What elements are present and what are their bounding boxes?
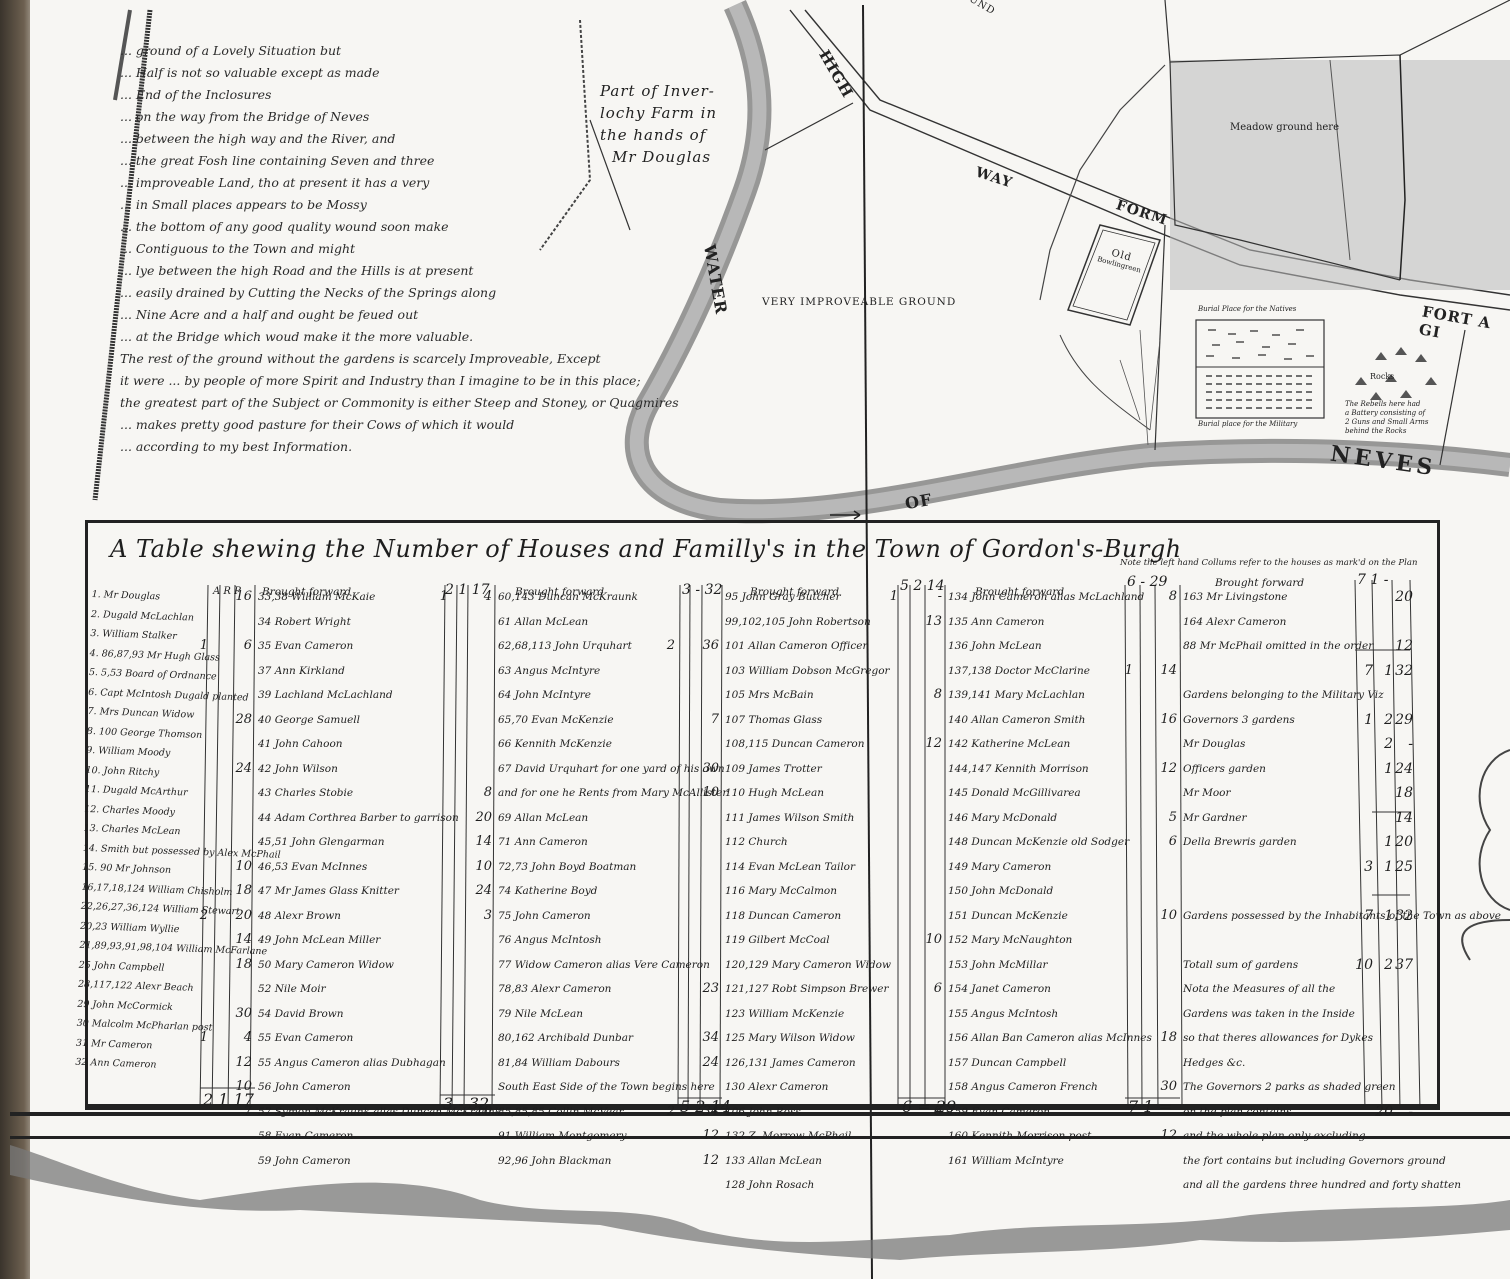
entry-name: 61 Allan McLean (498, 616, 588, 628)
table-row: 153 John McMillar (948, 953, 1123, 978)
entry-name: Gardens belonging to the Military Viz (1183, 689, 1384, 701)
table-row: 1847 Mr James Glass Knitter (258, 879, 443, 904)
entry-name: 135 Ann Cameron (948, 616, 1044, 628)
entry-name: 130 Alexr Cameron (725, 1081, 828, 1093)
table-row: 161 William McIntyre (948, 1149, 1123, 1174)
note-line: The rest of the ground without the garde… (120, 348, 640, 370)
measure-cell: 30 (210, 1002, 252, 1027)
note-line: ... the great Fosh line containing Seven… (120, 150, 640, 172)
measure-cell: 20 (450, 806, 492, 831)
measure-cell: 20 (1395, 830, 1413, 855)
table-row: 80,162 Archibald Dunbar (498, 1026, 678, 1051)
entry-name: 164 Alexr Cameron (1183, 616, 1286, 628)
table-row: Totall sum of gardens10237 (1183, 953, 1413, 978)
table-row: 78,83 Alexr Cameron (498, 977, 678, 1002)
table-row: 2840 George Samuell (258, 708, 443, 733)
entry-name: 74 Katherine Boyd (498, 885, 597, 897)
total-4: 5 2 14 (680, 1097, 731, 1116)
table-row: 34125 Mary Wilson Widow (725, 1026, 895, 1051)
entry-name: 158 Angus Cameron French (948, 1081, 1098, 1093)
entry-name: 109 James Trotter (725, 763, 822, 775)
measure-cell: 2 (1375, 732, 1393, 757)
brought-forward-2: Brought forward (262, 586, 351, 598)
entry-name: 110 Hugh McLean (725, 787, 824, 799)
measure-cell: 30 (1135, 1075, 1177, 1100)
inverlochy-farm-label: Part of Inver- lochy Farm in the hands o… (600, 80, 717, 168)
entry-name: 151 Duncan McKenzie (948, 910, 1068, 922)
note-line: ... ground of a Lovely Situation but (120, 40, 640, 62)
brought-forward-5: Brought forward (975, 586, 1064, 598)
table-row: 12Officers garden124 (1183, 757, 1413, 782)
entry-name: 71 Ann Cameron (498, 836, 588, 848)
measure-cell: 12 (1135, 757, 1177, 782)
measure-cell: 1 (1375, 659, 1393, 684)
measure-cell: 14 (1395, 806, 1413, 831)
table-row: 757 Symon McKraunk alias Duncan McKraunk (258, 1100, 443, 1125)
entry-name: 157 Duncan Campbell (948, 1057, 1066, 1069)
measure-cell: 6 (900, 977, 942, 1002)
rocks-label: Rocks (1370, 372, 1394, 381)
entry-name: on the plan contains (1183, 1106, 1291, 1118)
entry-name: 3. William Stalker (90, 628, 177, 642)
measure-cell: 1 (886, 585, 898, 610)
measure-cell: 12 (677, 1149, 719, 1174)
entry-name: 15. 90 Mr Johnson (82, 862, 171, 876)
measure-cell: 1 (196, 1026, 208, 1051)
entry-name: 31 Mr Cameron (76, 1037, 153, 1051)
table-row: 12142 Katherine McLean (948, 732, 1123, 757)
table-row: 58 Evan Cameron (258, 1124, 443, 1149)
note-line: ... between the high way and the River, … (120, 128, 640, 150)
table-row: 6154 Janet Cameron (948, 977, 1123, 1002)
burial-military-label: Burial place for the Military (1198, 420, 1297, 428)
table-row: 52 Nile Moir (258, 977, 443, 1002)
table-row: 77 Widow Cameron alias Vere Cameron (498, 953, 678, 978)
burial-natives-label: Burial Place for the Natives (1198, 305, 1296, 313)
table-row: 375 John Cameron (498, 904, 678, 929)
entry-name: 118 Duncan Cameron (725, 910, 841, 922)
table-row: Hedges &c. (1183, 1051, 1413, 1076)
entry-name: 154 Janet Cameron (948, 983, 1051, 995)
measure-cell: 16 (210, 585, 252, 610)
carry-4: 5 2 14 (900, 578, 945, 594)
entry-name: 146 Mary McDonald (948, 812, 1057, 824)
brought-forward-6: Brought forward (1215, 577, 1304, 589)
table-row: 145 Donald McGillivarea (948, 781, 1123, 806)
measure-cell: 12 (677, 1124, 719, 1149)
note-line: ... at the Bridge which woud make it the… (120, 326, 640, 348)
table-row: 5Mr Gardner14 (1183, 806, 1413, 831)
entry-name: 55 Evan Cameron (258, 1032, 353, 1044)
table-row: 44 Adam Corthrea Barber to garrison (258, 806, 443, 831)
entry-name: 20,23 William Wyllie (80, 920, 180, 934)
measure-cell: 5 (1135, 806, 1177, 831)
measure-cell: 18 (1135, 1026, 1177, 1051)
entry-name: 46,53 Evan McInnes (258, 861, 367, 873)
table-row: 16Governors 3 gardens1229 (1183, 708, 1413, 733)
table-row: 2069 Allan McLean (498, 806, 678, 831)
entry-name: 112 Church (725, 836, 788, 848)
entry-name: Mr Moor (1183, 787, 1231, 799)
entry-name: 11. Dugald McArthur (85, 784, 188, 799)
carry-3: 3 - 32 (682, 582, 722, 598)
table-row: 10110 Hugh McLean (725, 781, 895, 806)
measure-cell: 6 (1135, 830, 1177, 855)
entry-name: 48 Alexr Brown (258, 910, 341, 922)
measure-cell: 29 (1395, 708, 1413, 733)
measure-cell: 7 (677, 708, 719, 733)
entry-name: 145 Donald McGillivarea (948, 787, 1081, 799)
rebels-battery-note: The Rebells here had a Battery consistin… (1345, 400, 1428, 436)
table-row: 158 Angus Cameron French (948, 1075, 1123, 1100)
table-row: 1085,85,85 Collin McVear (498, 1100, 678, 1125)
measure-cell: 13 (900, 610, 942, 635)
entry-name: 8. 100 George Thomson (87, 725, 203, 740)
meadow-label: Meadow ground here (1230, 122, 1339, 133)
carry-6: 7 1 - (1357, 572, 1388, 588)
entry-name: the fort contains but including Governor… (1183, 1155, 1446, 1167)
entry-name: 44 Adam Corthrea Barber to garrison (258, 812, 459, 824)
entry-name: 63 Angus McIntyre (498, 665, 600, 677)
measure-cell: 16 (1135, 708, 1177, 733)
table-row: 62,68,113 John Urquhart (498, 634, 678, 659)
table-row: 6159 Evan Cameron (948, 1100, 1123, 1125)
entry-name: 69 Allan McLean (498, 812, 588, 824)
note-line: ... Half is not so valuable except as ma… (120, 62, 640, 84)
table-row: 45,51 John Glengarman (258, 830, 443, 855)
table-row: 149 Mary Cameron (948, 855, 1123, 880)
measure-cell: 10 (900, 928, 942, 953)
table-row: 164 Alexr Cameron (1183, 610, 1413, 635)
entry-name: 30 Malcolm McPharlan post (77, 1018, 213, 1034)
table-row: 63 Angus McIntyre (498, 659, 678, 684)
measure-cell: 24 (677, 1051, 719, 1076)
entry-name: 153 John McMillar (948, 959, 1048, 971)
entry-name: Della Brewris garden (1183, 836, 1297, 848)
measure-cell: 3 (1355, 855, 1373, 880)
table-row: 8139,141 Mary McLachlan (948, 683, 1123, 708)
table-row: 65,70 Evan McKenzie (498, 708, 678, 733)
entry-name: 79 Nile McLean (498, 1008, 583, 1020)
entry-name: 114 Evan McLean Tailor (725, 861, 855, 873)
measure-cell: 7 (1355, 659, 1373, 684)
table-row: 2442 John Wilson (258, 757, 443, 782)
entry-name: 120,129 Mary Cameron Widow (725, 959, 891, 971)
entry-name: 137,138 Doctor McClarine (948, 665, 1090, 677)
entry-name: Hedges &c. (1183, 1057, 1245, 1069)
entry-name: 25 John Campbell (79, 959, 165, 973)
measure-cell: 10 (1355, 953, 1373, 978)
table-row: the fort contains but including Governor… (1183, 1149, 1413, 1174)
table-row: 12133 Allan McLean (725, 1149, 895, 1174)
table-row: 118 Duncan Cameron (725, 904, 895, 929)
table-row (1183, 928, 1413, 953)
table-column-4: 95 John Gray Butcher99,102,105 John Robe… (725, 585, 895, 1198)
measure-cell: 24 (1395, 757, 1413, 782)
table-row: and all the gardens three hundred and fo… (1183, 1173, 1413, 1198)
entry-name: 47 Mr James Glass Knitter (258, 885, 399, 897)
total-3: 3 - 32 (443, 1094, 489, 1113)
entry-name: 142 Katherine McLean (948, 738, 1070, 750)
table-row: 157 Duncan Campbell (948, 1051, 1123, 1076)
measure-cell: 1 (1375, 855, 1393, 880)
measure-cell: 18 (210, 879, 252, 904)
table-row: 1056 John Cameron (258, 1075, 443, 1100)
note-line: the greatest part of the Subject or Comm… (120, 392, 640, 414)
entry-name: 126,131 James Cameron (725, 1057, 856, 1069)
table-row: 130 Alexr Cameron (725, 1075, 895, 1100)
entry-name: 76 Angus McIntosh (498, 934, 602, 946)
entry-name: 35 Evan Cameron (258, 640, 353, 652)
entry-name: 85,85,85 Collin McVear (498, 1106, 623, 1118)
measure-cell: 28 (210, 708, 252, 733)
table-row: 108,115 Duncan Cameron (725, 732, 895, 757)
carry-2: 2 1 17 (445, 582, 490, 598)
entry-name: 66 Kennith McKenzie (498, 738, 612, 750)
table-row: 4155 Evan Cameron (258, 1026, 443, 1051)
measure-cell: 30 (677, 757, 719, 782)
measure-cell: 1 (1375, 757, 1393, 782)
table-row: Gardens belonging to the Military Viz (1183, 683, 1413, 708)
measure-cell: 2 (663, 634, 675, 659)
table-column-2: 1633,38 William McKaie34 Robert Wright61… (258, 585, 443, 1173)
table-row: 144,147 Kennith Morrison (948, 757, 1123, 782)
measure-cell: 8 (900, 683, 942, 708)
table-row: 156 Allan Ban Cameron alias McInnes (948, 1026, 1123, 1051)
entry-name: 125 Mary Wilson Widow (725, 1032, 855, 1044)
entry-name: 101 Allan Cameron Officer (725, 640, 867, 652)
entry-name: 78,83 Alexr Cameron (498, 983, 611, 995)
table-row: 1255 Angus Cameron alias Dubhagan (258, 1051, 443, 1076)
note-line: ... makes pretty good pasture for their … (120, 414, 640, 436)
entry-name: 72,73 John Boyd Boatman (498, 861, 636, 873)
entry-name: 2. Dugald McLachlan (91, 608, 194, 623)
entry-name: 29 John McCormick (77, 998, 173, 1012)
entry-name: 91 William Montgomery (498, 1130, 627, 1142)
measure-cell: 18 (1395, 781, 1413, 806)
measure-cell: 10 (450, 855, 492, 880)
table-row: 119 Gilbert McCoal (725, 928, 895, 953)
measure-cell: 18 (210, 953, 252, 978)
entry-name: 62,68,113 John Urquhart (498, 640, 632, 652)
table-row: 12and the whole plan only excluding (1183, 1124, 1413, 1149)
table-row: 99,102,105 John Robertson (725, 610, 895, 635)
table-note: Note the left hand Collums refer to the … (1120, 558, 1417, 568)
table-row: 123 William McKenzie (725, 1002, 895, 1027)
entry-name: 32 Ann Cameron (75, 1057, 157, 1071)
entry-name: 116 Mary McCalmon (725, 885, 837, 897)
measure-cell: 20 (1395, 585, 1413, 610)
entry-name: Mr Douglas (1183, 738, 1245, 750)
entry-name: 105 Mrs McBain (725, 689, 814, 701)
entry-name: 43 Charles Stobie (258, 787, 353, 799)
entry-name: South East Side of the Town begins here (498, 1081, 715, 1093)
measure-cell: - (1395, 732, 1413, 757)
total-1: 2 1 17 (203, 1090, 254, 1109)
table-row (1183, 879, 1413, 904)
table-row: Mr Douglas2- (1183, 732, 1413, 757)
note-line: ... according to my best Information. (120, 436, 640, 458)
table-row: 103 William Dobson McGregor (725, 659, 895, 684)
table-row: 120,129 Mary Cameron Widow (725, 953, 895, 978)
measure-cell: 2 (196, 904, 208, 929)
measure-cell: 20 (1375, 1100, 1393, 1125)
entry-name: 42 John Wilson (258, 763, 338, 775)
measure-cell: 24 (210, 757, 252, 782)
note-line: ... in Small places appears to be Mossy (120, 194, 640, 216)
table-row: 23121,127 Robt Simpson Brewer (725, 977, 895, 1002)
entry-name: 106 John Ross (725, 1106, 801, 1118)
entry-name: 139,141 Mary McLachlan (948, 689, 1085, 701)
measure-cell: 12 (210, 1051, 252, 1076)
note-line: ... easily drained by Cutting the Necks … (120, 282, 640, 304)
entry-name: 150 John McDonald (948, 885, 1053, 897)
entry-name: 123 William McKenzie (725, 1008, 844, 1020)
table-row: 3054 David Brown (258, 1002, 443, 1027)
entry-name: 108,115 Duncan Cameron (725, 738, 865, 750)
entry-name: 163 Mr Livingstone (1183, 591, 1288, 603)
table-row: 8and for one he Rents from Mary McAllist… (498, 781, 678, 806)
table-row: Mr Moor18 (1183, 781, 1413, 806)
measure-cell: 14 (450, 830, 492, 855)
table-row: 81,84 William Dabours (498, 1051, 678, 1076)
measure-cell: 12 (1395, 634, 1413, 659)
entry-name: 56 John Cameron (258, 1081, 351, 1093)
entry-name: 92,96 John Blackman (498, 1155, 611, 1167)
table-row: 88 Mr McPhail omitted in the order12 (1183, 634, 1413, 659)
table-row: South East Side of the Town begins here (498, 1075, 678, 1100)
entry-name: Nota the Measures of all the (1183, 983, 1335, 995)
table-row: 1072,73 John Boyd Boatman (498, 855, 678, 880)
table-row: 79 Nile McLean (498, 1002, 678, 1027)
table-row: 1046,53 Evan McInnes (258, 855, 443, 880)
improveable-ground-label: VERY IMPROVEABLE GROUND (762, 296, 956, 308)
entry-name: 65,70 Evan McKenzie (498, 714, 614, 726)
table-row: 137,138 Doctor McClarine (948, 659, 1123, 684)
note-line: ... Contiguous to the Town and might (120, 238, 640, 260)
table-row: 155 Angus McIntosh (948, 1002, 1123, 1027)
entry-name: 99,102,105 John Robertson (725, 616, 871, 628)
table-row: 362101 Allan Cameron Officer (725, 634, 895, 659)
table-row: 3125 (1183, 855, 1413, 880)
entry-name: 148 Duncan McKenzie old Sodger (948, 836, 1129, 848)
entry-name: and all the gardens three hundred and fo… (1183, 1179, 1461, 1191)
table-row: 30109 James Trotter (725, 757, 895, 782)
measure-cell: 24 (450, 879, 492, 904)
entry-name: The Governors 2 parks as shaded green (1183, 1081, 1395, 1093)
entry-name: 156 Allan Ban Cameron alias McInnes (948, 1032, 1152, 1044)
measure-cell: 36 (677, 634, 719, 659)
total-5: 6 = 29 (902, 1097, 956, 1116)
note-line: ... End of the Inclosures (120, 84, 640, 106)
entry-name: 121,127 Robt Simpson Brewer (725, 983, 888, 995)
table-row: 39 Lachland McLachland (258, 683, 443, 708)
measure-cell: 12 (1135, 1124, 1177, 1149)
measure-cell: 37 (1395, 953, 1413, 978)
measure-cell: 20 (210, 904, 252, 929)
table-row: 64 John McIntyre (498, 683, 678, 708)
entry-name: 107 Thomas Glass (725, 714, 822, 726)
entry-name: 160 Kennith Morrison post (948, 1130, 1091, 1142)
entry-name: 133 Allan McLean (725, 1155, 822, 1167)
entry-name: 1. Mr Douglas (91, 589, 160, 602)
table-row: 136 John McLean (948, 634, 1123, 659)
entry-name: 55 Angus Cameron alias Dubhagan (258, 1057, 446, 1069)
measure-cell: 12 (900, 732, 942, 757)
entry-name: 149 Mary Cameron (948, 861, 1051, 873)
table-row: 76 Angus McIntosh (498, 928, 678, 953)
measure-cell: 4 (210, 1026, 252, 1051)
measure-cell: 25 (1395, 855, 1413, 880)
entry-name: Gardens possessed by the Inhabitants of … (1183, 910, 1501, 922)
table-row: 342106 John Ross (725, 1100, 895, 1125)
entry-name: 58 Evan Cameron (258, 1130, 353, 1142)
measure-cell: 14 (210, 928, 252, 953)
measure-cell: 1 (1375, 830, 1393, 855)
measure-cell: 23 (677, 977, 719, 1002)
table-row: 112 Church (725, 830, 895, 855)
measure-cell: 1 (1121, 659, 1133, 684)
table-row: 37 Ann Kirkland (258, 659, 443, 684)
total-6: 7 1 = (1128, 1097, 1172, 1116)
entry-name: 39 Lachland McLachland (258, 689, 393, 701)
entry-name: 77 Widow Cameron alias Vere Cameron (498, 959, 710, 971)
measure-cell: 10 (210, 855, 252, 880)
note-line: ... on the way from the Bridge of Neves (120, 106, 640, 128)
table-row: 92,96 John Blackman (498, 1149, 678, 1174)
table-row: 61 Allan McLean (498, 610, 678, 635)
carry-5: 6 - 29 (1127, 574, 1167, 590)
measure-cell: 2 (1375, 708, 1393, 733)
table-row: 24126,131 James Cameron (725, 1051, 895, 1076)
brought-forward-3: Brought forward (515, 586, 604, 598)
entry-name: 119 Gilbert McCoal (725, 934, 830, 946)
table-title: A Table shewing the Number of Houses and… (110, 535, 1182, 563)
entry-name: 45,51 John Glengarman (258, 836, 385, 848)
measure-cell: 34 (677, 1026, 719, 1051)
entry-name: 111 James Wilson Smith (725, 812, 854, 824)
note-line: it were ... by people of more Spirit and… (120, 370, 640, 392)
entry-name: Mr Gardner (1183, 812, 1247, 824)
entry-name: 41 John Cahoon (258, 738, 343, 750)
measure-cell: 8 (450, 781, 492, 806)
measure-cell: 1 (1355, 708, 1373, 733)
entry-name: 9. William Moody (86, 745, 170, 759)
measure-cell: 10 (677, 781, 719, 806)
table-row: 67 David Urquhart for one yard of his ow… (498, 757, 678, 782)
entry-name: 54 David Brown (258, 1008, 344, 1020)
table-row: 91 William Montgomery (498, 1124, 678, 1149)
entry-name: 103 William Dobson McGregor (725, 665, 890, 677)
brought-forward-4: Brought forward (750, 586, 839, 598)
entry-name: Governors 3 gardens (1183, 714, 1295, 726)
entry-name: 59 John Cameron (258, 1155, 351, 1167)
table-column-3: 4160,143 Duncan McKraunk61 Allan McLean6… (498, 585, 678, 1173)
table-row: 1449 John McLean Miller (258, 928, 443, 953)
entry-name: 152 Mary McNaughton (948, 934, 1072, 946)
table-row: 151 Duncan McKenzie (948, 904, 1123, 929)
table-row: Gardens was taken in the Inside (1183, 1002, 1413, 1027)
table-row: 146 Mary McDonald (948, 806, 1123, 831)
table-row: 140 Allan Cameron Smith (948, 708, 1123, 733)
table-column-5: -1134 John Cameron alias McLachland13135… (948, 585, 1123, 1173)
entry-name: Gardens was taken in the Inside (1183, 1008, 1355, 1020)
table-row: 13135 Ann Cameron (948, 610, 1123, 635)
surveyor-notes: ... ground of a Lovely Situation but ...… (120, 40, 640, 458)
table-row: 105 Mrs McBain (725, 683, 895, 708)
table-row: 1471 Ann Cameron (498, 830, 678, 855)
entry-name: 161 William McIntyre (948, 1155, 1064, 1167)
